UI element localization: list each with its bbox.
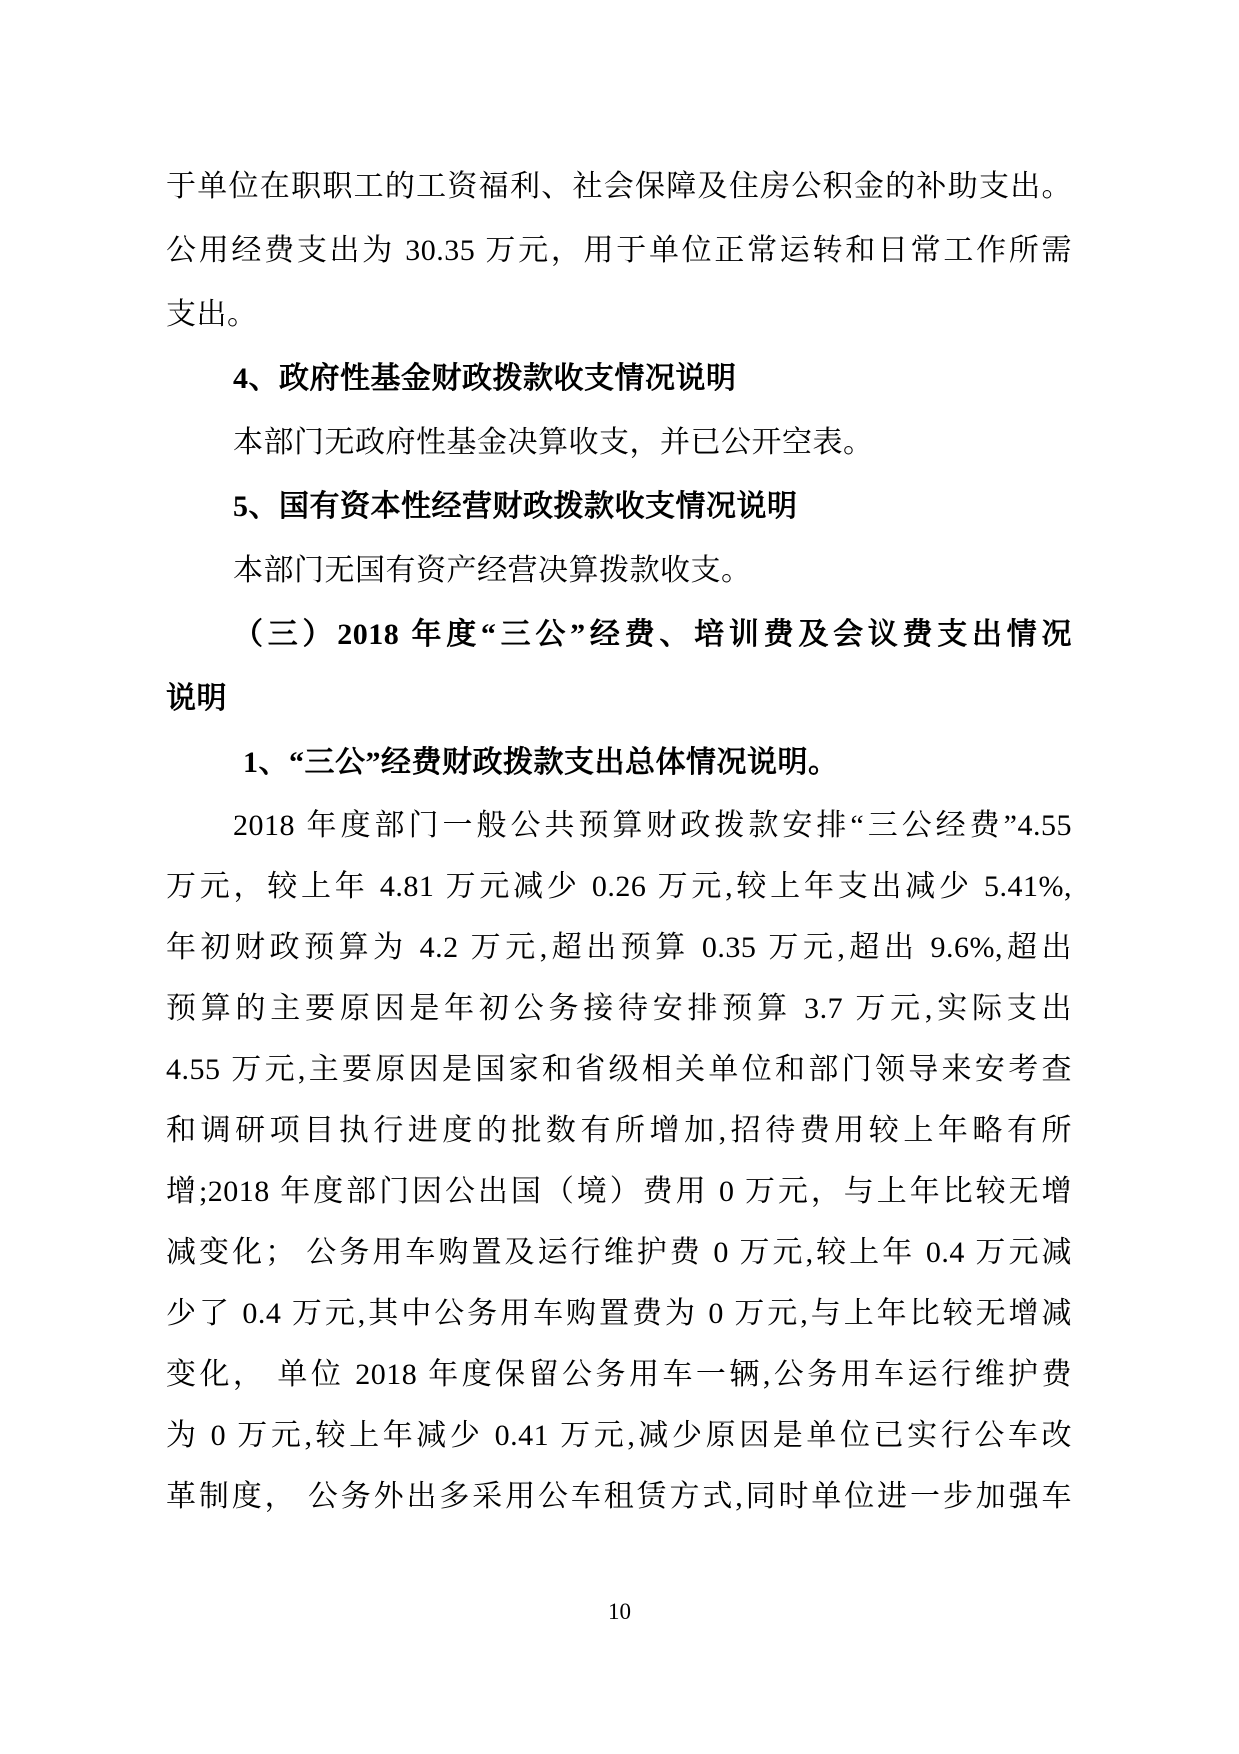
paragraph-line: 年初财政预算为 4.2 万元,超出预算 0.35 万元,超出 9.6%,超出	[166, 917, 1072, 978]
document-body: 于单位在职职工的工资福利、社会保障及住房公积金的补助支出。 公用经费支出为 30…	[166, 155, 1072, 1527]
section-heading: 4、政府性基金财政拨款收支情况说明	[166, 347, 1072, 411]
paragraph-line: 变化， 单位 2018 年度保留公务用车一辆,公务用车运行维护费	[166, 1344, 1072, 1405]
section-heading: 1、“三公”经费财政拨款支出总体情况说明。	[166, 731, 1072, 795]
paragraph-line: 于单位在职职工的工资福利、社会保障及住房公积金的补助支出。	[166, 155, 1072, 219]
paragraph-line: 公用经费支出为 30.35 万元，用于单位正常运转和日常工作所需	[166, 219, 1072, 283]
paragraph-line: 本部门无国有资产经营决算拨款收支。	[166, 539, 1072, 603]
paragraph-line: 支出。	[166, 283, 1072, 347]
paragraph-line: 减变化； 公务用车购置及运行维护费 0 万元,较上年 0.4 万元减	[166, 1222, 1072, 1283]
section-heading: 说明	[166, 667, 1072, 731]
document-page: 于单位在职职工的工资福利、社会保障及住房公积金的补助支出。 公用经费支出为 30…	[0, 0, 1239, 1754]
paragraph-line: 预算的主要原因是年初公务接待安排预算 3.7 万元,实际支出	[166, 978, 1072, 1039]
paragraph-line: 增;2018 年度部门因公出国（境）费用 0 万元，与上年比较无增	[166, 1161, 1072, 1222]
document-body-lower: 2018 年度部门一般公共预算财政拨款安排“三公经费”4.55 万元，较上年 4…	[166, 795, 1072, 1527]
section-heading: 5、国有资本性经营财政拨款收支情况说明	[166, 475, 1072, 539]
paragraph-line: 本部门无政府性基金决算收支，并已公开空表。	[166, 411, 1072, 475]
paragraph-line: 革制度， 公务外出多采用公车租赁方式,同时单位进一步加强车	[166, 1466, 1072, 1527]
paragraph-line: 和调研项目执行进度的批数有所增加,招待费用较上年略有所	[166, 1100, 1072, 1161]
paragraph-line: 2018 年度部门一般公共预算财政拨款安排“三公经费”4.55	[166, 795, 1072, 856]
page-number: 10	[0, 1597, 1239, 1627]
paragraph-line: 少了 0.4 万元,其中公务用车购置费为 0 万元,与上年比较无增减	[166, 1283, 1072, 1344]
paragraph-line: 为 0 万元,较上年减少 0.41 万元,减少原因是单位已实行公车改	[166, 1405, 1072, 1466]
document-body-upper: 于单位在职职工的工资福利、社会保障及住房公积金的补助支出。 公用经费支出为 30…	[166, 155, 1072, 795]
paragraph-line: 万元，较上年 4.81 万元减少 0.26 万元,较上年支出减少 5.41%,	[166, 856, 1072, 917]
section-heading: （三）2018 年度“三公”经费、培训费及会议费支出情况	[166, 603, 1072, 667]
paragraph-line: 4.55 万元,主要原因是国家和省级相关单位和部门领导来安考查	[166, 1039, 1072, 1100]
